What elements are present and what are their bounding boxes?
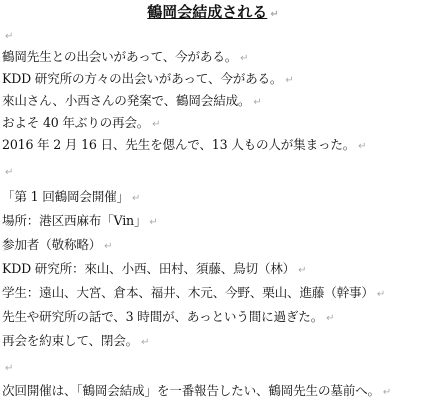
text-line: 次回開催は、「鶴岡会結成」を一番報告したい、鶴岡先生の墓前へ。↵ — [2, 380, 391, 404]
text-line: 場所：港区西麻布「Vin」↵ — [2, 210, 158, 234]
paragraph-mark-icon: ↵ — [149, 217, 157, 228]
paragraph-mark-icon: ↵ — [152, 119, 160, 130]
paragraph-mark-icon: ↵ — [141, 337, 149, 348]
paragraph-mark-icon: ↵ — [132, 193, 140, 204]
paragraph-mark-icon: ↵ — [240, 53, 248, 64]
paragraph-mark-icon: ↵ — [377, 289, 385, 300]
text-line: KDD 研究所の方々の出会いがあって、今がある。↵ — [2, 68, 294, 92]
paragraph-mark-icon: ↵ — [383, 387, 391, 398]
text-line: 再会を約束して、閉会。↵ — [2, 330, 149, 354]
blank-line: ↵ — [2, 24, 13, 48]
paragraph-mark-icon: ↵ — [326, 313, 334, 324]
paragraph-mark-icon: ↵ — [5, 31, 13, 42]
text-line: 2016 年 2 月 16 日、先生を偲んで、13 人もの人が集まった。↵ — [2, 134, 366, 158]
text-line: 「第 1 回鶴岡会開催」↵ — [2, 186, 140, 210]
text-line: KDD 研究所：來山、小西、田村、須藤、鳥切（林）↵ — [2, 258, 306, 282]
blank-line: ↵ — [2, 356, 13, 380]
text-line: 学生：遠山、大宮、倉本、福井、木元、今野、栗山、進藤（幹事）↵ — [2, 282, 385, 306]
paragraph-mark-icon: ↵ — [5, 363, 13, 374]
document-title: 鶴岡会結成される↵ — [0, 2, 426, 25]
paragraph-mark-icon: ↵ — [253, 97, 261, 108]
paragraph-mark-icon: ↵ — [298, 265, 306, 276]
text-line: 先生や研究所の話で、3 時間が、あっという間に過ぎた。↵ — [2, 306, 334, 330]
paragraph-mark-icon: ↵ — [270, 9, 278, 20]
text-line: 鶴岡先生との出会いがあって、今がある。↵ — [2, 46, 248, 70]
text-line: 來山さん、小西さんの発案で、鶴岡会結成。↵ — [2, 90, 262, 114]
blank-line: ↵ — [2, 160, 13, 184]
text-line: 参加者（敬称略）↵ — [2, 234, 112, 258]
paragraph-mark-icon: ↵ — [5, 167, 13, 178]
paragraph-mark-icon: ↵ — [358, 141, 366, 152]
paragraph-mark-icon: ↵ — [285, 75, 293, 86]
text-line: およそ 40 年ぶりの再会。↵ — [2, 112, 160, 136]
paragraph-mark-icon: ↵ — [104, 241, 112, 252]
